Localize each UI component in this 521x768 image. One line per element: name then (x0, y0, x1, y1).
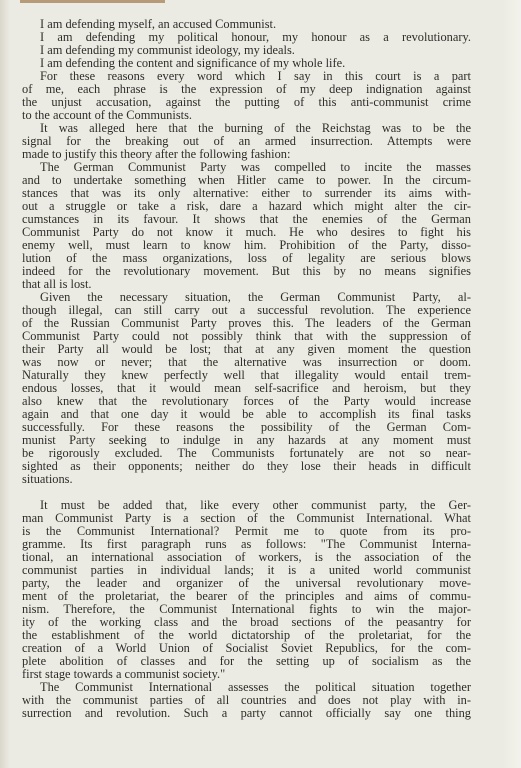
page-edge-left (0, 0, 10, 768)
page-edge-right (503, 0, 521, 768)
top-page-strip (20, 0, 165, 3)
text-line: sighted as their opponents; neither do t… (22, 460, 471, 473)
text-line: surrection and revolution. Such a party … (22, 707, 471, 720)
document-body-text: I am defending myself, an accused Commun… (22, 18, 471, 720)
text-line: situations. (22, 473, 471, 486)
